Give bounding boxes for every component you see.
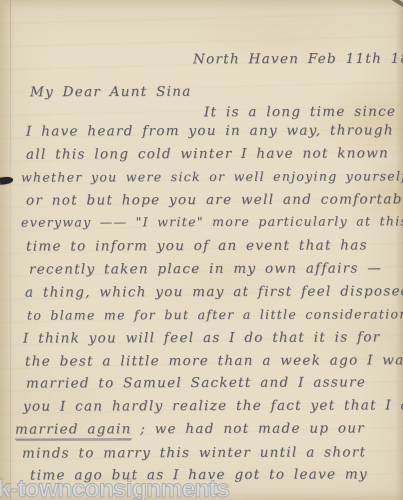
letter-line: to blame me for but after a little consi…: [27, 306, 403, 323]
letter-dateline: North Haven Feb 11th 1856: [193, 51, 403, 68]
letter-line: whether you were sick or well enjoying y…: [21, 168, 403, 185]
paper-corner-nick: [386, 0, 403, 9]
paper-fold-line: [10, 0, 11, 500]
letter-line: minds to marry this winter until a short: [22, 444, 366, 461]
letter-line: you I can hardly realize the fact yet th…: [23, 397, 403, 414]
letter-line: or not but hope you are well and comfort…: [26, 191, 403, 208]
letter-line: all this long cold winter I have not kno…: [26, 145, 389, 162]
ink-blot: [0, 176, 13, 185]
letter-line-continuation: ; we had not made up our: [132, 420, 365, 437]
letter-line: the best a little more than a week ago I…: [25, 352, 403, 369]
letter-photo: North Haven Feb 11th 1856 My Dear Aunt S…: [0, 0, 403, 500]
letter-line: recently taken place in my own affairs —: [29, 260, 382, 277]
letter-line: a thing, which you may at first feel dis…: [25, 283, 403, 300]
letter-line: I think you will feel as I do that it is…: [23, 329, 381, 346]
letter-line: everyway —— "I write" more particularly …: [21, 213, 403, 230]
letter-line: married to Samuel Sackett and I assure: [26, 374, 366, 391]
underlined-phrase: married again: [15, 421, 132, 439]
letter-salutation: My Dear Aunt Sina: [30, 84, 192, 101]
letter-line: I have heard from you in any way, throug…: [26, 122, 394, 139]
letter-line: married again ; we had not made up our: [15, 420, 365, 437]
letter-line: time to inform you of an event that has: [26, 237, 368, 254]
letter-line: It is a long time since: [204, 104, 396, 121]
seller-watermark: k-townconsignments: [0, 475, 229, 500]
